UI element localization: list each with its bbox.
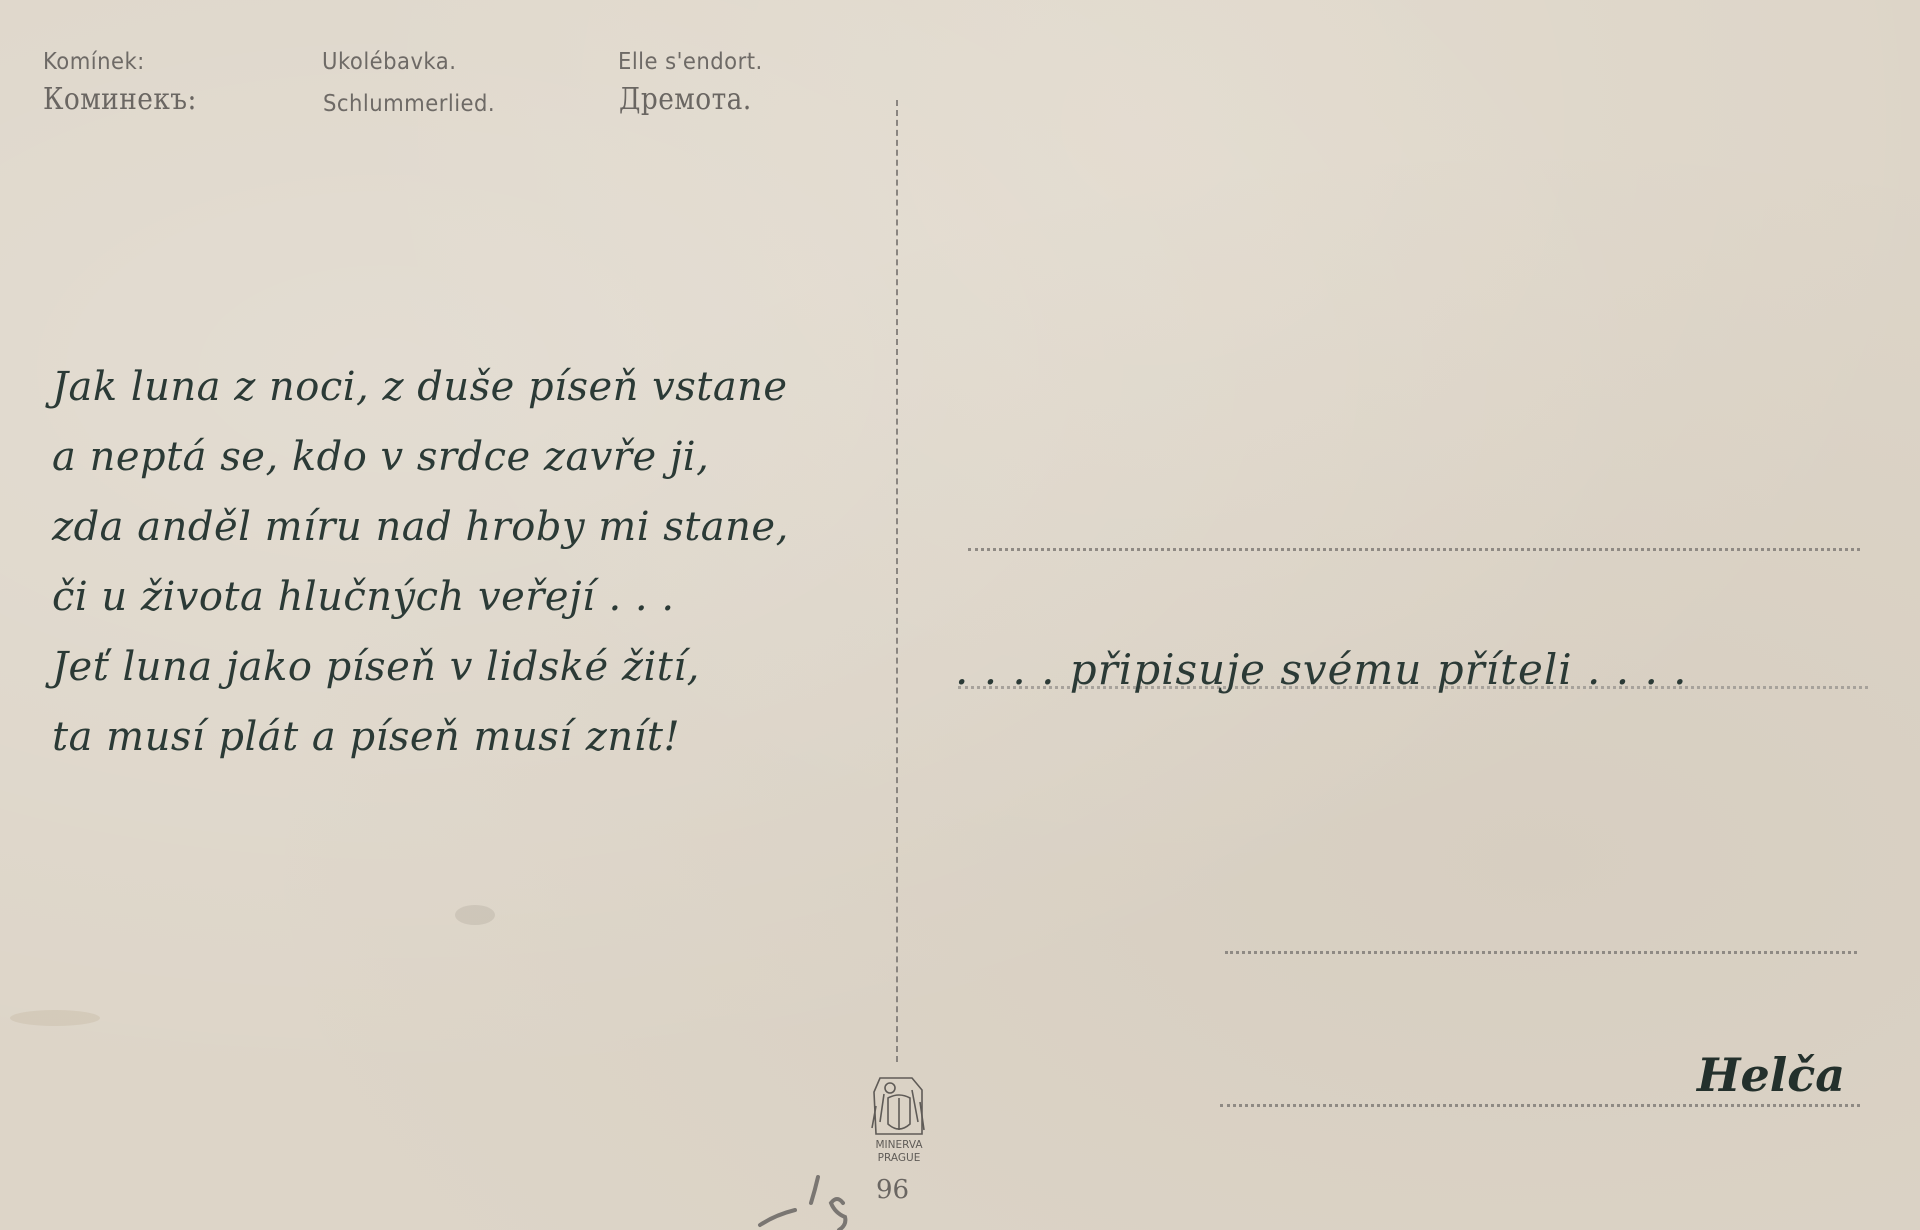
svg-text:PRAGUE: PRAGUE [878,1152,921,1164]
paper-stain [10,1010,100,1026]
address-line-1 [968,548,1860,551]
vertical-divider [896,100,898,1062]
svg-text:MINERVA: MINERVA [875,1139,923,1151]
poem-line: Jak luna z noci, z duše píseň vstane [52,352,882,422]
poem-line: či u života hlučných veřejí . . . [52,562,882,632]
poem-line: zda anděl míru nad hroby mi stane, [52,492,882,562]
address-line-3 [1225,951,1857,954]
poem-line: ta musí plát a píseň musí znít! [52,702,882,772]
caption-french-title: Elle s'endort. [618,49,763,75]
caption-russian-title-1: Коминекъ: [43,82,197,117]
poem-line: Jeť luna jako píseň v lidské žití, [52,632,882,702]
minerva-prague-logo-icon: MINERVA PRAGUE [866,1072,932,1166]
poem-line: a neptá se, kdo v srdce zavře ji, [52,422,882,492]
handwritten-dedication: . . . . připisuje svému příteli . . . . [955,645,1688,694]
address-line-4 [1220,1104,1860,1107]
caption-russian-title-2: Дремота. [619,82,752,117]
card-number: 96 [876,1175,909,1205]
postcard-back: Komínek: Коминекъ: Ukolébavka. Schlummer… [0,0,1920,1230]
caption-czech-title-2: Ukolébavka. [322,49,456,75]
caption-german-title: Schlummerlied. [323,91,495,117]
pencil-mark [755,1165,865,1230]
handwritten-signature: Helča [1697,1048,1845,1102]
caption-czech-title-1: Komínek: [43,49,145,75]
handwritten-poem: Jak luna z noci, z duše píseň vstane a n… [52,352,882,772]
paper-stain [455,905,495,925]
